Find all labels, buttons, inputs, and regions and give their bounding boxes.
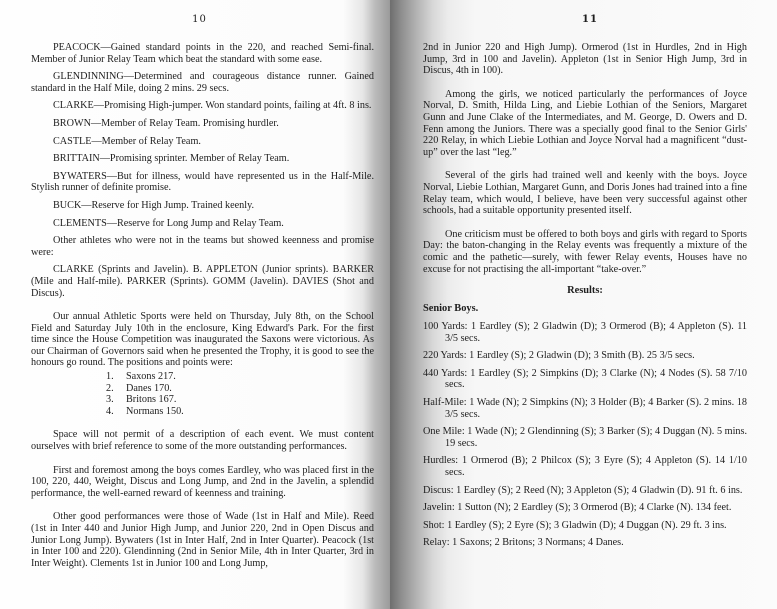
left-page: 10 PEACOCK—Gained standard points in the…	[0, 0, 390, 609]
paragraph-other-athletes: Other athletes who were not in the teams…	[31, 235, 374, 258]
paragraph-space: Space will not permit of a description o…	[31, 429, 374, 452]
paragraph-eardley: First and foremost among the boys comes …	[31, 465, 374, 500]
result-javelin: Javelin: 1 Sutton (N); 2 Eardley (S); 3 …	[423, 502, 747, 514]
paragraph-clarke: CLARKE—Promising High-jumper. Won standa…	[31, 100, 374, 112]
result-relay: Relay: 1 Saxons; 2 Britons; 3 Normans; 4…	[423, 537, 747, 549]
section-heading-senior-boys: Senior Boys.	[423, 303, 747, 314]
paragraph-buck: BUCK—Reserve for High Jump. Trained keen…	[31, 200, 374, 212]
results-heading: Results:	[423, 285, 747, 299]
paragraph-girls: Among the girls, we noticed particularly…	[423, 89, 747, 159]
result-one-mile: One Mile: 1 Wade (N); 2 Glendinning (S);…	[423, 426, 747, 449]
paragraph-peacock: PEACOCK—Gained standard points in the 22…	[31, 42, 374, 65]
paragraph-other-performances: Other good performances were those of Wa…	[31, 511, 374, 569]
result-half-mile: Half-Mile: 1 Wade (N); 2 Simpkins (N); 3…	[423, 397, 747, 420]
result-shot: Shot: 1 Eardley (S); 2 Eyre (S); 3 Gladw…	[423, 520, 747, 532]
paragraph-continued: 2nd in Junior 220 and High Jump). Ormero…	[423, 42, 747, 77]
page-number: 10	[31, 14, 374, 26]
paragraph-girls-training: Several of the girls had trained well an…	[423, 170, 747, 216]
paragraph-criticism: One criticism must be offered to both bo…	[423, 229, 747, 275]
paragraph-athlete-list: CLARKE (Sprints and Javelin). B. APPLETO…	[31, 264, 374, 299]
result-hurdles: Hurdles: 1 Ormerod (B); 2 Philcox (S); 3…	[423, 455, 747, 478]
paragraph-bywaters: BYWATERS—But for illness, would have rep…	[31, 171, 374, 194]
standing-item: 2.Danes 170.	[106, 383, 374, 395]
standing-item: 4.Normans 150.	[106, 406, 374, 418]
page-number: 11	[423, 14, 747, 26]
result-220-yards: 220 Yards: 1 Eardley (S); 2 Gladwin (D);…	[423, 350, 747, 362]
paragraph-clements: CLEMENTS—Reserve for Long Jump and Relay…	[31, 218, 374, 230]
paragraph-glendinning: GLENDINNING—Determined and courageous di…	[31, 71, 374, 94]
result-100-yards: 100 Yards: 1 Eardley (S); 2 Gladwin (D);…	[423, 321, 747, 344]
standing-item: 3.Britons 167.	[106, 394, 374, 406]
standing-item: 1.Saxons 217.	[106, 371, 374, 383]
house-standings: 1.Saxons 217. 2.Danes 170. 3.Britons 167…	[106, 371, 374, 417]
book-spread: 10 PEACOCK—Gained standard points in the…	[0, 0, 777, 609]
paragraph-brown: BROWN—Member of Relay Team. Promising hu…	[31, 118, 374, 130]
right-page: 11 2nd in Junior 220 and High Jump). Orm…	[390, 0, 777, 609]
result-440-yards: 440 Yards: 1 Eardley (S); 2 Simpkins (D)…	[423, 368, 747, 391]
paragraph-annual-sports: Our annual Athletic Sports were held on …	[31, 311, 374, 369]
paragraph-brittain: BRITTAIN—Promising sprinter. Member of R…	[31, 153, 374, 165]
paragraph-castle: CASTLE—Member of Relay Team.	[31, 136, 374, 148]
result-discus: Discus: 1 Eardley (S); 2 Reed (N); 3 App…	[423, 485, 747, 497]
